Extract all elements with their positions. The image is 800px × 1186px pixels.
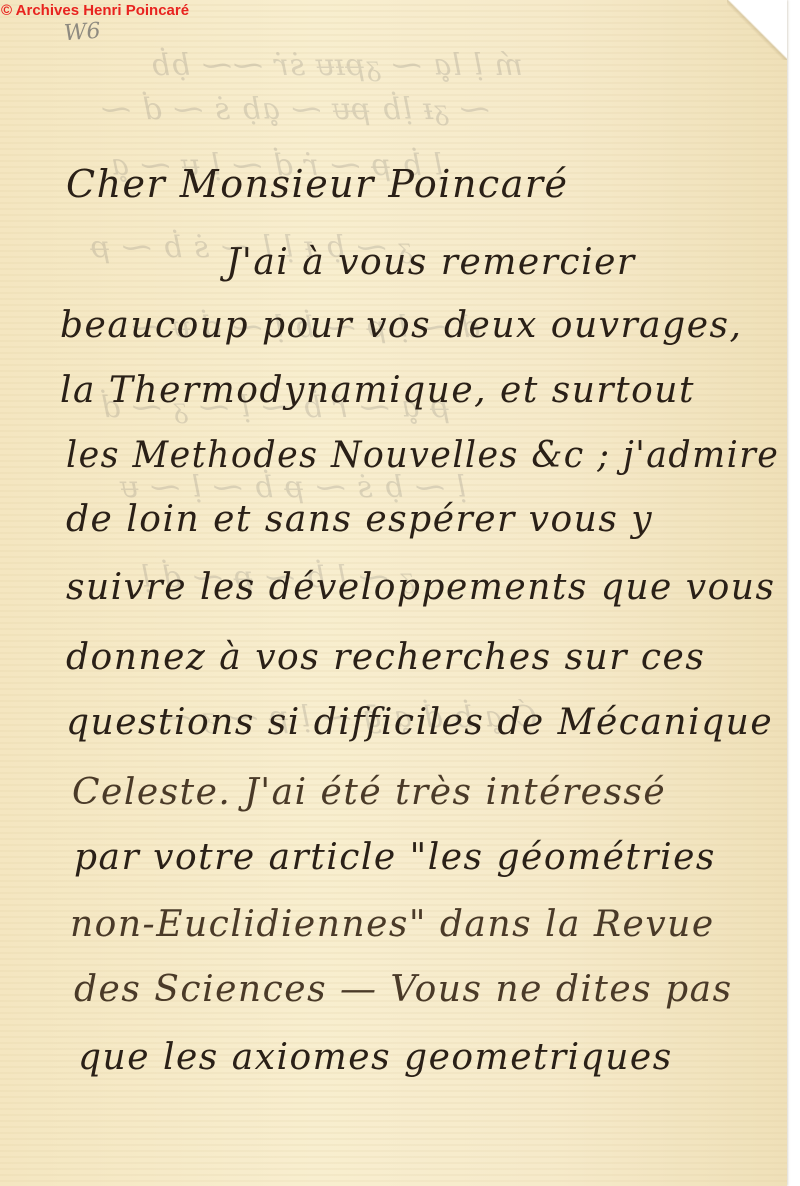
letter-line: par votre article "les géométries — [74, 840, 716, 876]
letter-line: les Methodes Nouvelles &c ; j'admire — [66, 438, 779, 474]
archive-reference-mark: W6 — [63, 19, 101, 46]
letter-line: que les axiomes geometriques — [78, 1040, 673, 1076]
letter-line: non-Euclidiennes" dans la Revue — [70, 907, 715, 943]
letter-line: la Thermodynamique, et surtout — [60, 373, 695, 409]
letter-line: de loin et sans espérer vous y — [66, 502, 653, 538]
letter-line: Celeste. J'ai été très intéressé — [72, 775, 666, 811]
handwritten-letter: Cher Monsieur Poincaré J'ai à vous remer… — [0, 0, 787, 1186]
letter-line: questions si difficiles de Mécanique — [66, 705, 773, 741]
letter-line: donnez à vos recherches sur ces — [66, 640, 705, 676]
letter-line: J'ai à vous remercier — [226, 245, 636, 281]
letter-line: beaucoup pour vos deux ouvrages, — [60, 308, 742, 344]
salutation-line: Cher Monsieur Poincaré — [66, 165, 569, 203]
letter-line: des Sciences — Vous ne dites pas — [74, 972, 733, 1008]
copyright-watermark: © Archives Henri Poincaré — [1, 2, 189, 19]
letter-line: suivre les développements que vous — [66, 570, 775, 606]
